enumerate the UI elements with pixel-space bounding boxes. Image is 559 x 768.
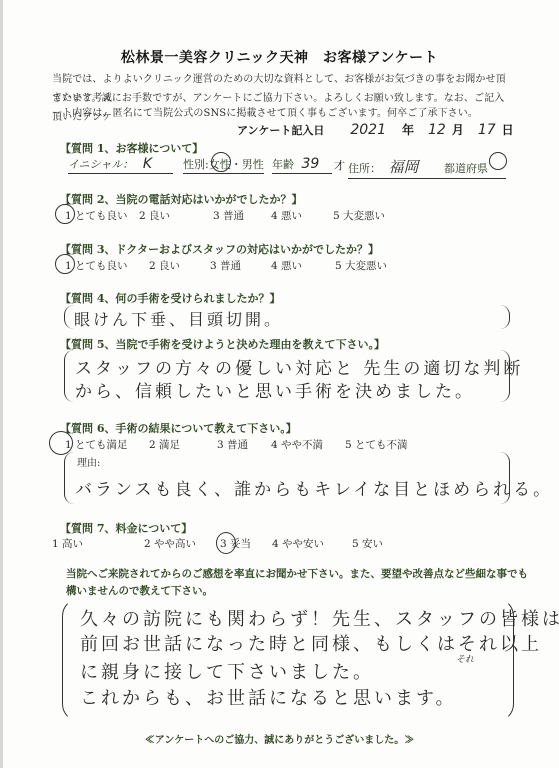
q3-options: 1 とても良い 2 良い 3 普通 4 悪い 5 大変悪い: [57, 258, 477, 274]
q6-selection-circle: [49, 431, 73, 455]
q2-options: 1 とても良い 2 良い 3 普通 4 悪い 5 大変悪い: [57, 208, 477, 224]
date-month[interactable]: 12: [428, 122, 446, 138]
thanks-footer: ≪アンケートへのご協力、誠にありがとうございました。≫: [0, 731, 559, 746]
q2-selection-circle: [55, 204, 75, 224]
initial-field[interactable]: イニシャル： K: [68, 156, 173, 174]
address-suffix: 都道府県: [444, 162, 488, 175]
q2-heading: 【質問 2、当院の電話対応はいかがでしたか？】: [60, 191, 302, 207]
q2-option-5[interactable]: 5 大変悪い: [333, 208, 385, 223]
date-day[interactable]: 17: [478, 122, 496, 138]
q8-prompt-line-2: 構いませんので教えて下さい。: [66, 583, 213, 598]
gender-male[interactable]: 男性: [242, 158, 264, 171]
initial-value: K: [143, 156, 152, 172]
age-label: 年齢: [272, 158, 294, 171]
q7-selection-circle: [216, 532, 236, 554]
q6-reason-label: 理由:: [77, 454, 100, 469]
q6-heading: 【質問 6、手術の結果について教えて下さい。】: [60, 420, 297, 436]
address-value: 福岡: [389, 158, 419, 176]
q8-correction-note: それ: [456, 652, 474, 665]
q8-answer-line-1: 久々の訪院にも関わらず！先生、スタッフの皆様は: [80, 605, 559, 631]
date-year[interactable]: 2021: [350, 122, 386, 138]
q4-answer: 眼けん下垂、目頭切開。: [74, 307, 283, 330]
q6-option-3[interactable]: 3 普通: [217, 437, 248, 452]
scan-edge: [0, 0, 3, 768]
q6-reason-answer: バランスも良く、誰からもキレイな目とほめられる。: [75, 475, 553, 500]
date-day-unit: 日: [502, 121, 514, 138]
address-field[interactable]: 住所： 福岡 都道府県: [348, 156, 506, 179]
q6-option-2[interactable]: 2 満足: [149, 437, 180, 452]
q7-option-5[interactable]: 5 安い: [352, 536, 383, 551]
q1-heading: 【質問 1、お客様について】: [60, 140, 203, 156]
age-value: 39: [302, 156, 320, 172]
gender-label: 性別:: [183, 158, 209, 171]
q3-selection-circle: [55, 254, 75, 274]
document-title: 松林景一美容クリニック天神 お客様アンケート: [0, 47, 559, 67]
q7-option-2[interactable]: 2 やや高い: [144, 536, 196, 551]
q2-option-2[interactable]: 2 良い: [139, 208, 170, 223]
q8-answer-line-3: に親身に接して下さいました。: [80, 658, 374, 684]
age-field[interactable]: 年齢 39: [272, 156, 332, 174]
q8-answer-line-4: これからも、お世話になると思います。: [80, 684, 457, 710]
q2-option-3[interactable]: 3 普通: [213, 208, 244, 223]
q7-options: 1 高い 2 やや高い 3 妥当 4 やや安い 5 安い: [52, 536, 472, 552]
q6-option-5[interactable]: 5 とても不満: [345, 437, 408, 452]
q3-option-5[interactable]: 5 大変悪い: [335, 258, 387, 273]
q7-option-1[interactable]: 1 高い: [52, 536, 83, 551]
q3-heading: 【質問 3、ドクターおよびスタッフの対応はいかがでしたか？】: [60, 241, 379, 257]
q3-option-3[interactable]: 3 普通: [210, 258, 241, 273]
gender-separator: ・: [231, 158, 242, 171]
survey-date: アンケート記入日 2021 年 12 月 17 日: [237, 121, 514, 138]
q5-answer-line-1: スタッフの方々の優しい対応と 先生の適切な判断: [75, 354, 523, 379]
prefecture-selection-circle: [489, 152, 507, 170]
q7-option-4[interactable]: 4 やや安い: [272, 536, 324, 551]
q2-option-4[interactable]: 4 悪い: [271, 208, 302, 223]
date-label: アンケート記入日: [237, 122, 324, 138]
age-unit: 才: [334, 157, 345, 173]
q5-answer-line-2: から、信頼したいと思い手術を決めました。: [75, 377, 475, 402]
date-year-unit: 年: [402, 121, 414, 138]
q6-option-1[interactable]: 1 とても満足: [65, 437, 128, 452]
q6-option-4[interactable]: 4 やや不満: [271, 437, 323, 452]
gender-selection-circle: [211, 152, 231, 172]
address-label: 住所：: [348, 162, 381, 175]
initial-label: イニシャル：: [68, 158, 133, 171]
q6-options: 1 とても満足 2 満足 3 普通 4 やや不満 5 とても不満: [57, 437, 477, 453]
q7-heading: 【質問 7、料金について】: [60, 520, 192, 536]
date-month-unit: 月: [452, 121, 464, 138]
q3-option-2[interactable]: 2 良い: [149, 258, 180, 273]
q4-heading: 【質問 4、何の手術を受けられましたか？】: [60, 290, 280, 306]
q8-prompt-line-1: 当院へご来院されてからのご感想を率直にお聞かせ下さい。また、要望や改善点など些細…: [66, 566, 528, 581]
q3-option-4[interactable]: 4 悪い: [271, 258, 302, 273]
